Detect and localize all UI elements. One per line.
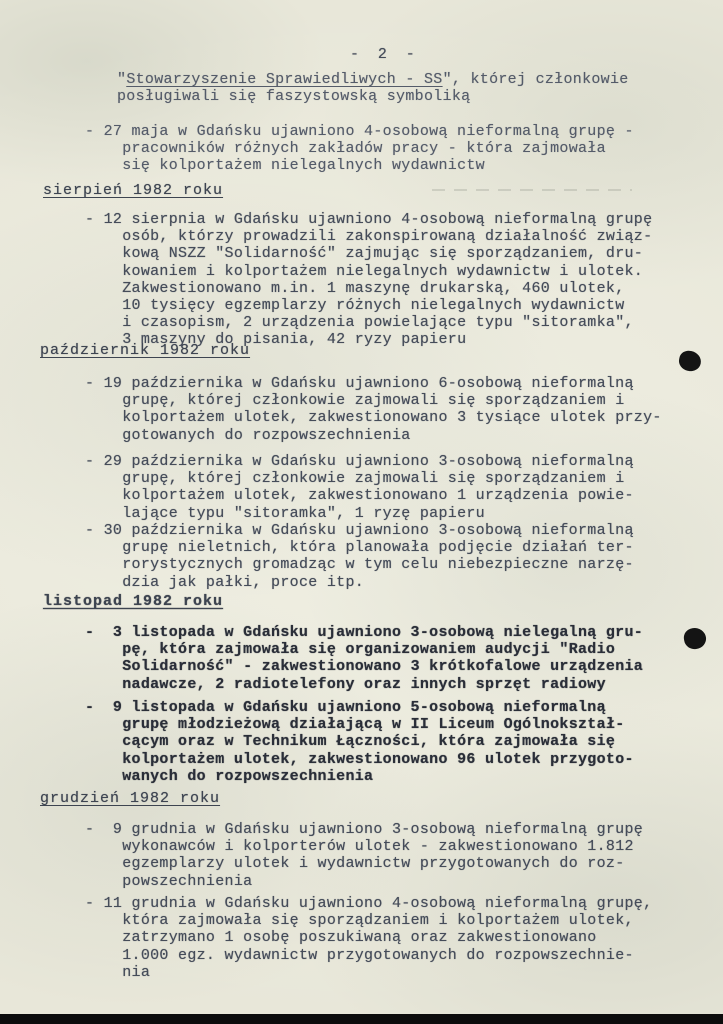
section-heading-listopad: listopad 1982 roku [43,593,223,610]
entry-11-grudnia: - 11 grudnia w Gdańsku ujawniono 4-osobo… [85,895,652,981]
page-number: - 2 - [350,46,415,63]
scan-edge-bar [0,1014,723,1024]
organization-name: Stowarzyszenie Sprawiedliwych - SS [126,71,442,88]
entry-30-pazdziernika: - 30 października w Gdańsku ujawniono 3-… [85,522,634,591]
ink-blot-top [677,349,703,373]
entry-9-grudnia: - 9 grudnia w Gdańsku ujawniono 3-osobow… [85,821,643,890]
scanned-document-page: - 2 - "Stowarzyszenie Sprawiedliwych - S… [0,0,723,1024]
entry-9-listopada: - 9 listopada w Gdańsku ujawniono 5-osob… [85,699,634,785]
ink-blot-bottom [683,627,708,651]
entry-29-pazdziernika: - 29 października w Gdańsku ujawniono 3-… [85,453,634,522]
entry-12-sierpnia: - 12 sierpnia w Gdańsku ujawniono 4-osob… [85,211,652,349]
quote-open: " [117,71,126,88]
section-heading-sierpien: sierpień 1982 roku [43,182,223,199]
section-heading-grudzien: grudzień 1982 roku [40,790,220,807]
entry-3-listopada: - 3 listopada w Gdańsku ujawniono 3-osob… [85,624,643,693]
paper-crease [432,189,632,191]
intro-paragraph: "Stowarzyszenie Sprawiedliwych - SS", kt… [117,71,629,105]
section-heading-pazdziernik: październik 1982 roku [40,342,250,359]
entry-27-maja: - 27 maja w Gdańsku ujawniono 4-osobową … [85,123,634,175]
entry-19-pazdziernika: - 19 października w Gdańsku ujawniono 6-… [85,375,662,444]
